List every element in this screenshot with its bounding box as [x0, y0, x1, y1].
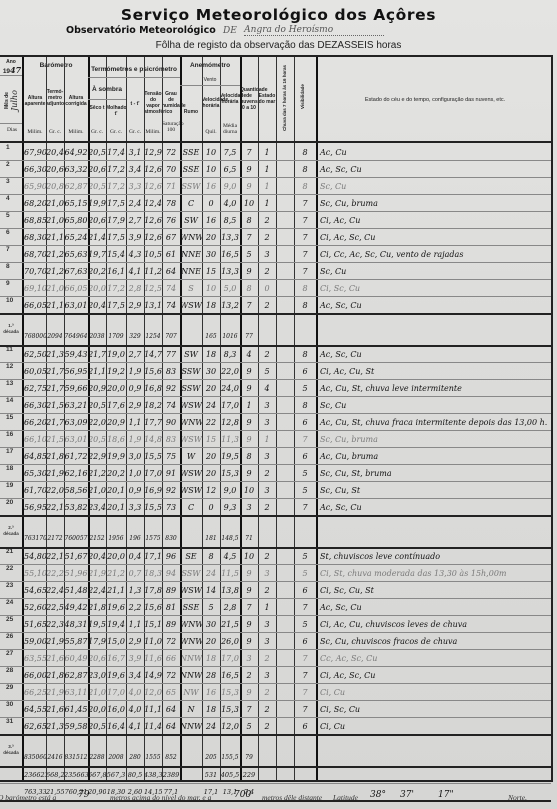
cell-hum: 89 [162, 581, 180, 598]
cell-seco: 20,5 [88, 396, 106, 413]
cell-mar: 3 [258, 413, 276, 430]
row-divider [0, 160, 551, 161]
cell-diff: 0,7 [126, 564, 144, 581]
cell-vis: 5 [294, 379, 316, 396]
day-number: 1 [0, 143, 22, 160]
sky-state-cell: Ci, Ac, Cu, St [316, 362, 551, 379]
day-number: 19 [0, 481, 22, 498]
distance-value: 700 [234, 790, 251, 800]
station-name: Angra do Heroísmo [244, 25, 384, 36]
row-divider [0, 717, 551, 718]
cell-diff: 2,9 [126, 632, 144, 649]
cell-hum: 74 [162, 279, 180, 296]
cell-mar: 3 [258, 396, 276, 413]
cell-chuva [276, 666, 294, 683]
cell-rumo: C [180, 194, 202, 211]
cell-chuva [276, 177, 294, 194]
cell-diff: 1,0 [126, 464, 144, 481]
day-number: 18 [0, 464, 22, 481]
row-divider [180, 85, 240, 86]
day-number: 12 [0, 362, 22, 379]
unit-grc-4: Gr. c. [126, 129, 144, 135]
unit-km: Quil. [202, 129, 220, 135]
cell-hum: 83 [162, 430, 180, 447]
cell-vmed: 15,3 [220, 464, 240, 481]
cell-corr: 51,67 [64, 547, 88, 564]
cell-vmed: 21,5 [220, 615, 240, 632]
cell-hum: 64 [162, 700, 180, 717]
cell-chuva [276, 717, 294, 734]
cell-rumo: WSW [180, 296, 202, 313]
row-divider [0, 141, 551, 143]
cell-alt: 62,50 [24, 345, 46, 362]
totals-molh: 567,3 [106, 766, 126, 783]
decade-sum-alt: 835060 [24, 748, 46, 765]
barometer-header: Barómetro [24, 63, 88, 69]
cell-alt: 66,25 [24, 683, 46, 700]
cell-rumo: WNW [180, 632, 202, 649]
decade-sum-tens: 1555 [144, 748, 162, 765]
day-number: 15 [0, 413, 22, 430]
decade-sum-term: 2172 [46, 529, 64, 546]
cell-neb: 4 [240, 345, 258, 362]
cell-tens: 15,5 [144, 447, 162, 464]
cell-seco: 20,9 [88, 379, 106, 396]
sky-state-cell: Ci, St, chuva moderada das 13,30 às 15h,… [316, 564, 551, 581]
cell-corr: 55,87 [64, 632, 88, 649]
days-label: Dias [2, 127, 22, 133]
decade-sum-corr: 760057 [64, 529, 88, 546]
cell-vmed: 5,0 [220, 279, 240, 296]
cell-corr: 59,66 [64, 379, 88, 396]
unit-milim-1: Milim. [24, 129, 46, 135]
cell-chuva [276, 362, 294, 379]
cell-mar: 2 [258, 498, 276, 515]
cell-seco: 17,9 [88, 632, 106, 649]
cell-rumo: WSW [180, 581, 202, 598]
cell-tens: 17,1 [144, 547, 162, 564]
cell-tens: 12,9 [144, 143, 162, 160]
cell-seco: 20,5 [88, 430, 106, 447]
sky-state-cell: Sc, Cu, bruma [316, 194, 551, 211]
cell-tens: 15,1 [144, 615, 162, 632]
cell-chuva [276, 464, 294, 481]
cell-vmed: 17,0 [220, 649, 240, 666]
day-number: 17 [0, 447, 22, 464]
cell-tens: 10,5 [144, 245, 162, 262]
north-label: Norte. [508, 793, 527, 802]
cell-term: 21,0 [46, 194, 64, 211]
sky-state-cell: Sc, Cu, bruma [316, 430, 551, 447]
cell-tens: 15,6 [144, 598, 162, 615]
cell-vmed: 13,8 [220, 581, 240, 598]
cell-term: 21,7 [46, 413, 64, 430]
cell-corr: 66,05 [64, 279, 88, 296]
means-seco: 20,90 [88, 783, 106, 800]
cell-molh: 17,0 [106, 683, 126, 700]
cell-diff: 2,9 [126, 396, 144, 413]
rain-header: Chuva das 7 horas às 16 horas [282, 63, 288, 133]
cell-vis: 7 [294, 245, 316, 262]
sea-text: metros acima do nível do mar, e a [110, 793, 211, 802]
cell-rumo: NNW [180, 666, 202, 683]
totals-seco: 667,8 [88, 766, 106, 783]
cell-term: 21,5 [46, 430, 64, 447]
cell-neb: 9 [240, 362, 258, 379]
cell-vmed: 13,3 [220, 262, 240, 279]
cell-molh: 15,0 [106, 632, 126, 649]
cell-vis: 8 [294, 345, 316, 362]
cell-vis: 7 [294, 498, 316, 515]
sky-state-cell: Sc, Cu [316, 177, 551, 194]
cell-vel: 20 [202, 379, 220, 396]
cell-molh: 17,5 [106, 296, 126, 313]
unit-grc-3: Gr. c. [106, 129, 126, 135]
cell-vmed: 16,5 [220, 666, 240, 683]
cell-seco: 20,4 [88, 547, 106, 564]
cell-hum: 70 [162, 160, 180, 177]
cell-alt: 63,55 [24, 649, 46, 666]
decade-label: 2.ª década [0, 525, 22, 537]
decade-sum-seco: 2152 [88, 529, 106, 546]
cell-term: 21,0 [46, 279, 64, 296]
cell-vmed: 6,5 [220, 160, 240, 177]
cell-diff: 2,9 [126, 296, 144, 313]
cell-vis: 8 [294, 160, 316, 177]
cell-vmed: 9,0 [220, 481, 240, 498]
cell-chuva [276, 345, 294, 362]
cell-vis: 7 [294, 683, 316, 700]
barometer-text: O barómetro está a [0, 793, 56, 802]
cell-rumo: SW [180, 345, 202, 362]
visibility-header: Visibilidade [300, 77, 306, 117]
cell-tens: 15,5 [144, 498, 162, 515]
column-divider [126, 57, 127, 780]
cell-corr: 48,31 [64, 615, 88, 632]
cell-hum: 92 [162, 379, 180, 396]
cell-tens: 17,8 [144, 581, 162, 598]
column-divider [64, 57, 65, 780]
cell-mar: 1 [258, 194, 276, 211]
cell-diff: 4,1 [126, 717, 144, 734]
cell-vis: 6 [294, 717, 316, 734]
cell-neb: 7 [240, 700, 258, 717]
cell-tens: 16,9 [144, 481, 162, 498]
cell-mar: 2 [258, 296, 276, 313]
cell-rumo: WSW [180, 430, 202, 447]
row-divider [0, 245, 551, 246]
cell-corr: 51,48 [64, 581, 88, 598]
cell-rumo: N [180, 700, 202, 717]
cell-molh: 17,5 [106, 194, 126, 211]
cell-neb: 9 [240, 430, 258, 447]
cell-diff: 1,1 [126, 413, 144, 430]
cell-corr: 63,09 [64, 413, 88, 430]
cell-seco: 21,7 [88, 345, 106, 362]
cell-alt: 62,75 [24, 379, 46, 396]
cell-vmed: 13,3 [220, 228, 240, 245]
cell-chuva [276, 262, 294, 279]
year-hand: 47 [10, 65, 21, 75]
sheet-title: Fôlha de registo da observação das DEZAS… [0, 40, 557, 51]
cell-hum: 74 [162, 296, 180, 313]
cell-mar: 0 [258, 279, 276, 296]
cell-vel: 16 [202, 211, 220, 228]
cell-seco: 20,2 [88, 262, 106, 279]
decade-sum-neb: 71 [240, 529, 258, 546]
cell-alt: 68,30 [24, 228, 46, 245]
row-divider [0, 481, 551, 482]
cell-hum: 94 [162, 564, 180, 581]
cell-diff: 0,4 [126, 547, 144, 564]
row-divider [0, 413, 551, 414]
decade-sum-vel: 165 [202, 327, 220, 344]
cell-alt: 59,00 [24, 632, 46, 649]
cell-molh: 20,9 [106, 413, 126, 430]
cell-corr: 59,58 [64, 717, 88, 734]
latitude-minutes: 37' [400, 790, 414, 800]
row-divider [0, 498, 551, 499]
sky-state-cell: Ci, Ac, Cu [316, 211, 551, 228]
cell-term: 21,6 [46, 649, 64, 666]
sky-state-cell: Ac, Cu, St, chuva leve intermitente [316, 379, 551, 396]
cell-vmed: 19,5 [220, 447, 240, 464]
cell-tens: 16,8 [144, 379, 162, 396]
cell-term: 21,1 [46, 296, 64, 313]
cell-alt: 61,70 [24, 481, 46, 498]
cell-mar: 2 [258, 717, 276, 734]
dry-header: Sêco t [88, 105, 106, 111]
cell-vis: 8 [294, 279, 316, 296]
decade-sum-vmed: 1016 [220, 327, 240, 344]
cell-alt: 66,10 [24, 430, 46, 447]
cell-hum: 66 [162, 649, 180, 666]
row-divider [0, 430, 551, 431]
cell-vis: 6 [294, 362, 316, 379]
cell-molh: 19,2 [106, 362, 126, 379]
shade-header: À sombra [88, 87, 126, 93]
cell-mar: 2 [258, 649, 276, 666]
day-number: 8 [0, 262, 22, 279]
day-number: 30 [0, 700, 22, 717]
cell-chuva [276, 160, 294, 177]
cell-term: 21,7 [46, 379, 64, 396]
row-divider [0, 666, 551, 667]
sky-state-cell: Sc, Cu [316, 396, 551, 413]
cell-hum: 64 [162, 262, 180, 279]
row-divider [0, 700, 551, 701]
cell-diff: 3,1 [126, 143, 144, 160]
corrected-height-header: Altura corrigida [64, 95, 88, 107]
direction-header: Rumo [180, 109, 202, 115]
cell-seco: 20,0 [88, 700, 106, 717]
distance-text: metros dêle distante [262, 793, 322, 802]
cell-hum: 76 [162, 211, 180, 228]
cell-chuva [276, 413, 294, 430]
cell-molh: 15,4 [106, 245, 126, 262]
cell-rumo: SSE [180, 160, 202, 177]
cell-corr: 62,16 [64, 464, 88, 481]
cell-rumo: SSE [180, 598, 202, 615]
row-divider [0, 75, 22, 76]
cell-molh: 16,4 [106, 717, 126, 734]
cell-mar: 3 [258, 447, 276, 464]
cell-chuva [276, 143, 294, 160]
cell-corr: 62,87 [64, 666, 88, 683]
cell-corr: 61,72 [64, 447, 88, 464]
cell-alt: 60,05 [24, 362, 46, 379]
cell-term: 20,6 [46, 160, 64, 177]
cell-molh: 20,0 [106, 547, 126, 564]
decade-sum-molh: 1709 [106, 327, 126, 344]
sky-state-cell: Ac, Cu, St, chuva fraca intermitente dep… [316, 413, 551, 430]
cell-corr: 60,49 [64, 649, 88, 666]
cell-alt: 56,95 [24, 498, 46, 515]
cell-mar: 2 [258, 211, 276, 228]
cell-hum: 64 [162, 717, 180, 734]
cell-term: 21,2 [46, 262, 64, 279]
day-number: 31 [0, 717, 22, 734]
decade-sum-corr: 831512 [64, 748, 88, 765]
row-divider [0, 734, 551, 736]
cell-vmed: 16,5 [220, 245, 240, 262]
cell-term: 22,3 [46, 615, 64, 632]
cell-chuva [276, 211, 294, 228]
cell-corr: 65,80 [64, 211, 88, 228]
decade-sum-tens: 1575 [144, 529, 162, 546]
cell-corr: 58,56 [64, 481, 88, 498]
day-number: 13 [0, 379, 22, 396]
cell-vmed: 15,3 [220, 700, 240, 717]
cell-hum: 72 [162, 632, 180, 649]
unit-milim-2: Milim. [64, 129, 88, 135]
cell-alt: 66,30 [24, 396, 46, 413]
cell-vmed: 11,3 [220, 430, 240, 447]
day-number: 11 [0, 345, 22, 362]
row-divider [0, 464, 551, 465]
vapour-header: Tensão do vapor atmosférico [144, 91, 162, 115]
cell-vel: 20 [202, 464, 220, 481]
cell-vis: 7 [294, 211, 316, 228]
cell-corr: 49,42 [64, 598, 88, 615]
column-divider [316, 57, 318, 780]
cell-vis: 6 [294, 632, 316, 649]
cell-rumo: WSW [180, 464, 202, 481]
cell-seco: 21,9 [88, 564, 106, 581]
cell-seco: 20,5 [88, 177, 106, 194]
cell-chuva [276, 481, 294, 498]
cell-term: 21,8 [46, 447, 64, 464]
decade-label: 1.ª década [0, 323, 22, 335]
cell-diff: 2,8 [126, 279, 144, 296]
row-divider [88, 99, 126, 100]
cell-rumo: SSW [180, 177, 202, 194]
cell-tens: 14,7 [144, 345, 162, 362]
cell-rumo: WNW [180, 413, 202, 430]
decade-sum-alt: 768000 [24, 327, 46, 344]
decade-sum-vel: 205 [202, 748, 220, 765]
cell-hum: 77 [162, 345, 180, 362]
cell-vmed: 8,3 [220, 345, 240, 362]
cell-diff: 4,1 [126, 262, 144, 279]
cell-molh: 21,1 [106, 581, 126, 598]
cell-hum: 65 [162, 683, 180, 700]
barometer-height: 79 [78, 790, 89, 800]
cell-hum: 91 [162, 464, 180, 481]
totals-vmed: 405,5 [220, 766, 240, 783]
cell-diff: 0,9 [126, 481, 144, 498]
humidity-header: Grau de humidade [162, 91, 180, 109]
cell-neb: 7 [240, 143, 258, 160]
cloud-amount-header: Quantidade de nuvens 0 a 10 [240, 87, 258, 111]
cell-vel: 10 [202, 143, 220, 160]
cell-diff: 2,7 [126, 211, 144, 228]
cell-rumo: SSW [180, 564, 202, 581]
cell-molh: 16,1 [106, 262, 126, 279]
cell-neb: 9 [240, 683, 258, 700]
cell-neb: 9 [240, 632, 258, 649]
cell-chuva [276, 245, 294, 262]
cell-seco: 19,7 [88, 245, 106, 262]
cell-term: 22,5 [46, 598, 64, 615]
row-divider [0, 345, 551, 347]
cell-vis: 8 [294, 143, 316, 160]
cell-alt: 67,90 [24, 143, 46, 160]
hourly-speed-header: Velocidade horária [202, 97, 220, 109]
cell-rumo: S [180, 279, 202, 296]
cell-rumo: NW [180, 683, 202, 700]
totals-corr: 2356630 [64, 766, 88, 783]
cell-tens: 18,2 [144, 396, 162, 413]
sky-state-cell: Ac, Sc, Cu [316, 598, 551, 615]
cell-vel: 20 [202, 228, 220, 245]
row-divider [0, 296, 551, 297]
cell-mar: 2 [258, 262, 276, 279]
cell-chuva [276, 430, 294, 447]
wet-header: Molhado t' [106, 105, 126, 117]
cell-term: 21,2 [46, 245, 64, 262]
cell-rumo: C [180, 498, 202, 515]
sky-state-cell: Ci, Ac, Cu, chuviscos leves de chuva [316, 615, 551, 632]
sky-state-cell: Sc, Cu, St, bruma [316, 464, 551, 481]
cell-vmed: 26,0 [220, 632, 240, 649]
row-divider [0, 228, 551, 229]
decade-sum-hum: 707 [162, 327, 180, 344]
cell-term: 21,3 [46, 345, 64, 362]
cell-tens: 11,0 [144, 632, 162, 649]
cell-tens: 11,2 [144, 262, 162, 279]
decade-sum-diff: 196 [126, 529, 144, 546]
cell-seco: 21,0 [88, 683, 106, 700]
day-number: 24 [0, 598, 22, 615]
cell-molh: 19,6 [106, 666, 126, 683]
cell-diff: 3,3 [126, 498, 144, 515]
cell-seco: 20,0 [88, 279, 106, 296]
decade-sum-neb: 77 [240, 327, 258, 344]
row-divider [0, 279, 551, 280]
cell-vmed: 12,0 [220, 717, 240, 734]
cell-chuva [276, 581, 294, 598]
cell-seco: 22,4 [88, 581, 106, 598]
sky-state-header: Estado do céu e do tempo, configuração d… [320, 97, 550, 103]
cell-mar: 3 [258, 615, 276, 632]
sky-state-cell: St, chuviscos leve contínuado [316, 547, 551, 564]
cell-neb: 9 [240, 160, 258, 177]
cell-alt: 64,85 [24, 447, 46, 464]
cell-neb: 8 [240, 211, 258, 228]
column-divider [180, 57, 182, 780]
cell-alt: 55,10 [24, 564, 46, 581]
